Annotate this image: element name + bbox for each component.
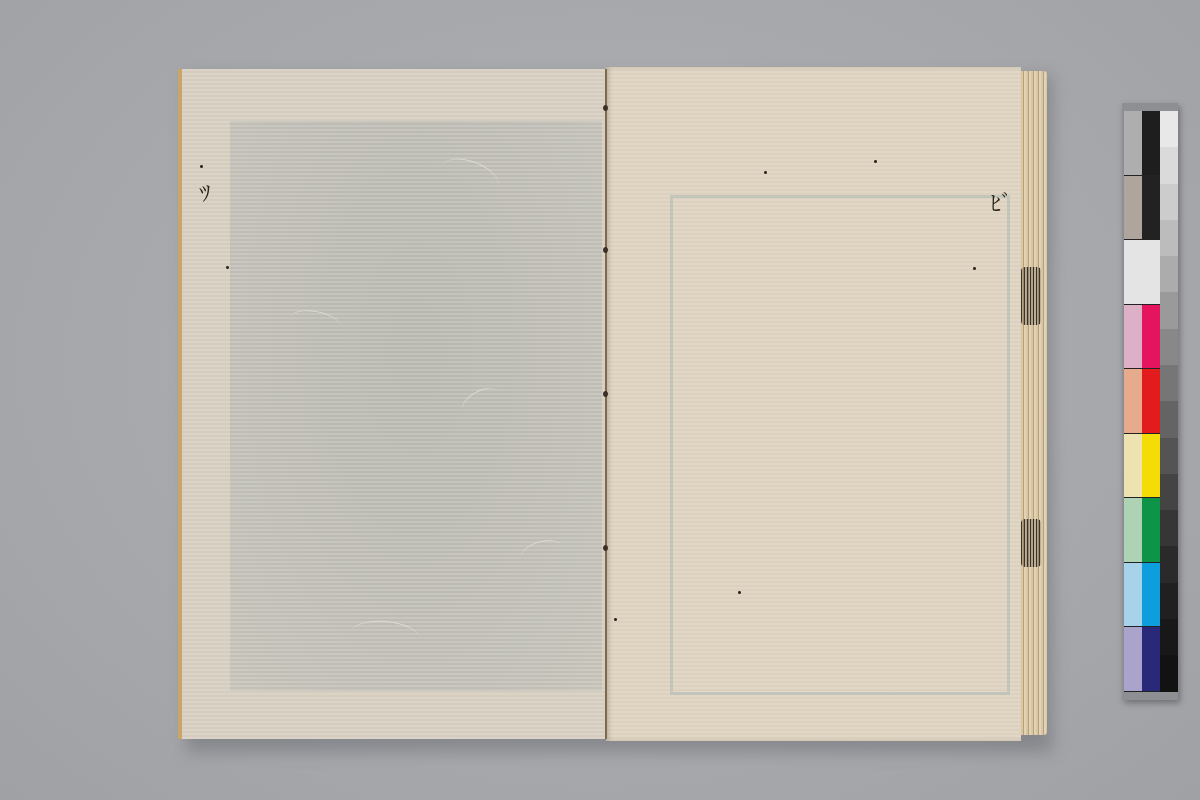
gray-ramp-patch [1160,184,1178,220]
gray-ramp-patch [1160,583,1178,619]
color-patch [1142,305,1160,370]
color-patch [1124,240,1142,305]
book-gutter [605,69,607,739]
color-patch [1142,111,1160,176]
gray-ramp-patch [1160,365,1178,401]
color-patch [1142,498,1160,563]
right-page-faint-frame [670,195,1010,695]
left-page-printed-block [230,121,602,691]
gray-ramp-patch [1160,546,1178,582]
color-patch [1124,305,1142,370]
left-page: ﾂ [178,69,606,739]
color-patch [1142,434,1160,499]
book-fore-edge [1021,71,1047,735]
right-page: ﾋﾞ [606,67,1021,741]
color-patch [1142,369,1160,434]
gray-ramp-patch [1160,510,1178,546]
gray-ramp-patch [1160,619,1178,655]
color-patch [1124,369,1142,434]
gray-ramp-patch [1160,111,1178,147]
gray-ramp-patch [1160,220,1178,256]
color-patch [1124,111,1142,176]
right-page-mark: ﾋﾞ [990,187,1012,218]
gray-ramp-patch [1160,329,1178,365]
binding-stitch [603,391,608,397]
gray-ramp-patch [1160,256,1178,292]
gray-ramp-patch [1160,147,1178,183]
fore-edge-mark [1021,267,1041,325]
gray-ramp-patch [1160,474,1178,510]
binding-stitch [603,105,608,111]
color-patch [1142,176,1160,241]
color-patch [1124,627,1142,692]
left-page-mark: ﾂ [197,176,213,208]
gray-ramp-patch [1160,401,1178,437]
gray-ramp-patch [1160,292,1178,328]
binding-stitch [603,247,608,253]
color-calibration-chart [1122,103,1178,700]
color-patch [1142,627,1160,692]
color-patch [1142,563,1160,628]
color-patch [1124,498,1142,563]
color-patch [1124,434,1142,499]
gray-ramp-patch [1160,438,1178,474]
open-book: ﾂ ﾋﾞ [178,67,1048,741]
color-patch [1124,176,1142,241]
color-patch [1142,240,1160,305]
gray-ramp-patch [1160,655,1178,691]
binding-stitch [603,545,608,551]
fore-edge-mark [1021,519,1041,567]
color-patch [1124,563,1142,628]
